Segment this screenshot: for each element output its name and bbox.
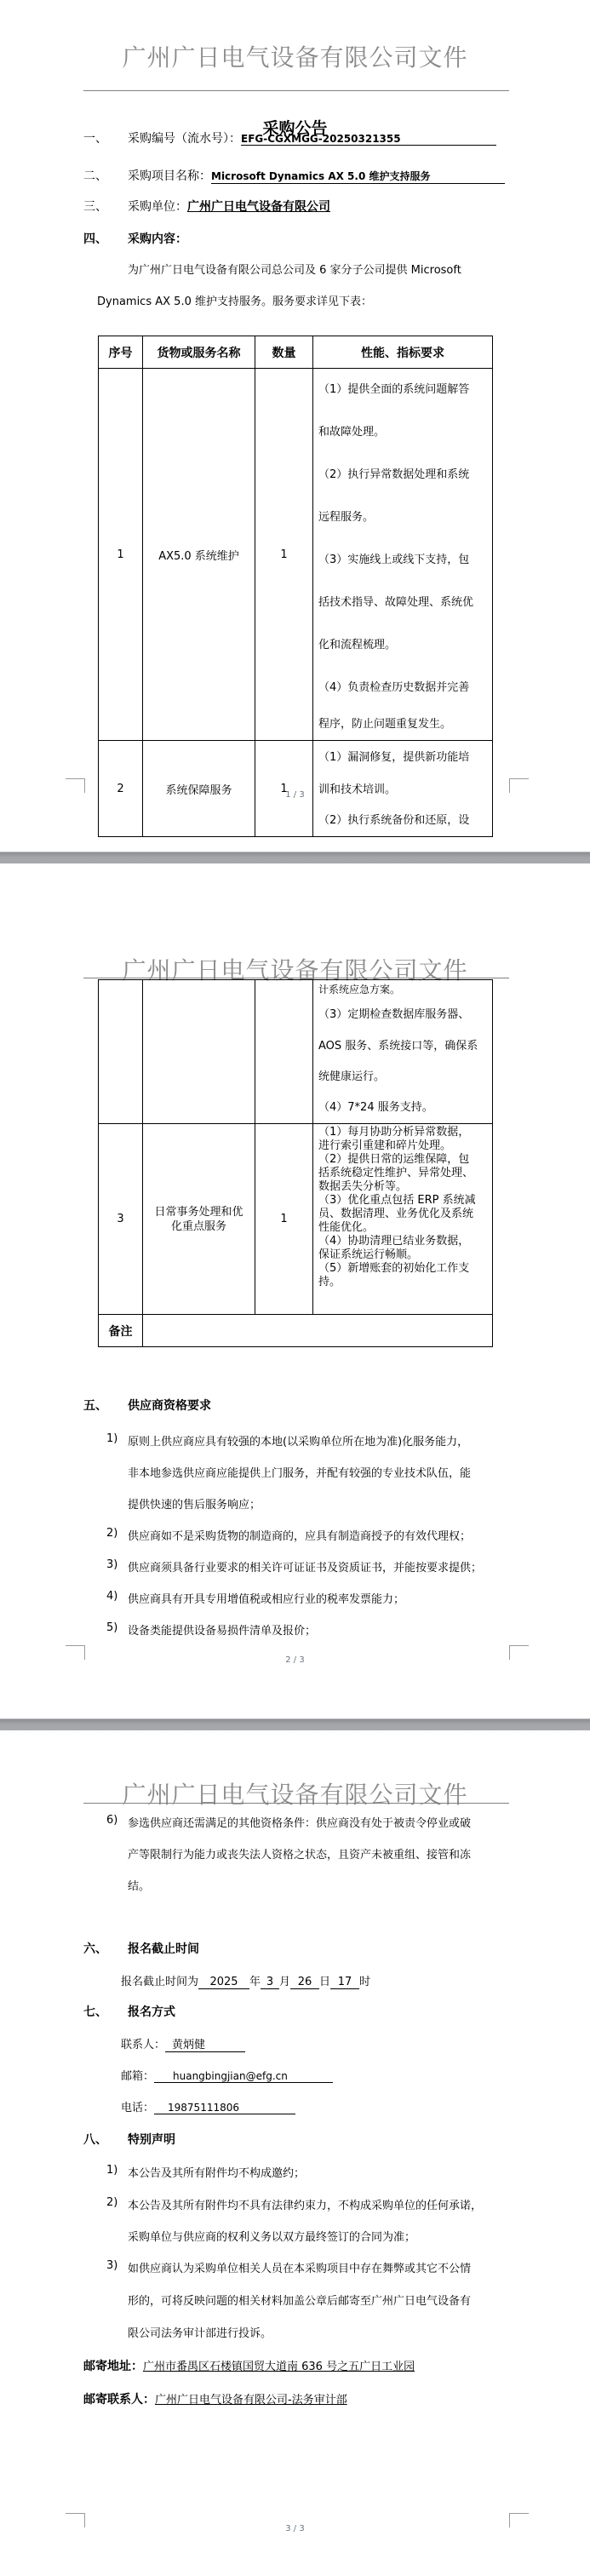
table-row: 1 AX5.0 系统维护 1 （1）提供全面的系统问题解答 和故障处理。 （2）… [99, 369, 493, 741]
header-no: 序号 [99, 336, 143, 369]
qualification-6-line-3: 结。 [128, 1877, 150, 1893]
statement-3-number: 3) [106, 2259, 117, 2272]
table-row: 2 系统保障服务 1 （1）漏洞修复，提供新功能培 训和技术培训。 （2）执行系… [99, 741, 493, 837]
statement-1-line-1: 本公告及其所有附件均不构成邀约； [128, 2164, 305, 2180]
procurement-number-value: EFG-CGXMGG-20250321355 [241, 133, 496, 146]
qualification-4-line-1: 供应商具有开具专用增值税或相应行业的税率发票能力； [128, 1590, 404, 1606]
page-3: 广州广日电气设备有限公司文件 6) 参选供应商还需满足的其他资格条件：供应商没有… [0, 1730, 590, 2576]
row-2-qty-cont [255, 980, 313, 1124]
letterhead-rule [83, 90, 509, 91]
row-1-name: AX5.0 系统维护 [143, 369, 255, 741]
statement-3-line-3: 限公司法务审计部进行投诉。 [128, 2324, 272, 2340]
procurement-unit-label: 采购单位： [128, 200, 187, 214]
section-2: 采购项目名称：Microsoft Dynamics AX 5.0 维护支持服务 [128, 167, 505, 184]
section-5-heading: 供应商资格要求 [128, 1397, 211, 1414]
section-3: 采购单位：广州广日电气设备有限公司 [128, 198, 330, 215]
page-2: 广州广日电气设备有限公司文件 计系统应急方案。 （3）定期检查数据库服务器、 A… [0, 863, 590, 1718]
section-6-number: 六、 [83, 1940, 107, 1957]
qualification-6-number: 6) [106, 1814, 117, 1827]
requirements-table-part-2: 计系统应急方案。 （3）定期检查数据库服务器、 AOS 服务、系统接口等，确保系… [98, 979, 493, 1347]
project-name-label: 采购项目名称： [128, 169, 211, 183]
header-qty: 数量 [255, 336, 313, 369]
deadline-year: 2025 [198, 1976, 249, 1989]
qualification-3-number: 3) [106, 1558, 117, 1571]
row-2-no-cont [99, 980, 143, 1124]
contact-email-value: huangbingjian@efg.cn [154, 2070, 333, 2083]
letterhead-rule [83, 1803, 509, 1804]
page-1: 广州广日电气设备有限公司文件 采购公告 一、 采购编号（流水号）：EFG-CGX… [0, 0, 590, 852]
section-2-number: 二、 [83, 167, 107, 184]
project-name-value: Microsoft Dynamics AX 5.0 维护支持服务 [211, 169, 505, 184]
requirements-table-part-1: 序号 货物或服务名称 数量 性能、指标要求 1 AX5.0 系统维护 1 （1）… [98, 336, 493, 837]
qualification-2-line-1: 供应商如不是采购货物的制造商的，应具有制造商授予的有效代理权； [128, 1527, 471, 1543]
qualification-5-number: 5) [106, 1621, 117, 1634]
header-name: 货物或服务名称 [143, 336, 255, 369]
section-3-number: 三、 [83, 198, 107, 215]
letterhead-rule [83, 978, 509, 978]
procurement-number-label: 采购编号（流水号）： [128, 132, 241, 146]
statement-2-line-1: 本公告及其所有附件均不具有法律约束力，不构成采购单位的任何承诺， [128, 2196, 482, 2212]
qualification-4-number: 4) [106, 1590, 117, 1603]
row-3-no: 3 [99, 1124, 143, 1315]
qualification-2-number: 2) [106, 1527, 117, 1540]
row-1-no: 1 [99, 369, 143, 741]
section-4-heading: 采购内容： [128, 230, 187, 247]
qualification-1-number: 1) [106, 1432, 117, 1445]
section-8-heading: 特别声明 [128, 2131, 175, 2148]
contact-person: 联系人：黄炳健 [121, 2035, 245, 2052]
section-6-heading: 报名截止时间 [128, 1940, 199, 1957]
content-intro-line-2: Dynamics AX 5.0 维护支持服务。服务要求详见下表： [97, 292, 372, 308]
qualification-1-line-1: 原则上供应商应具有较强的本地(以采购单位所在地为准)化服务能力， [128, 1432, 468, 1449]
page-separator [0, 852, 590, 864]
table-row: 3 日常事务处理和优 化重点服务 1 （1）每月协助分析异常数据， 进行索引重建… [99, 1124, 493, 1315]
row-1-qty: 1 [255, 369, 313, 741]
contact-email: 邮箱：huangbingjian@efg.cn [121, 2067, 333, 2083]
mailing-address: 邮寄地址：广州市番禺区石楼镇国贸大道南 636 号之五广日工业园 [83, 2357, 415, 2374]
row-2-requirements-part-2: 计系统应急方案。 （3）定期检查数据库服务器、 AOS 服务、系统接口等，确保系… [313, 980, 493, 1124]
section-7-heading: 报名方式 [128, 2003, 175, 2020]
section-1-number: 一、 [83, 129, 107, 146]
content-intro-line-1: 为广州广日电气设备有限公司总公司及 6 家分子公司提供 Microsoft [128, 261, 461, 277]
row-3-requirements: （1）每月协助分析异常数据， 进行索引重建和碎片处理。 （2）提供日常的运维保障… [313, 1124, 493, 1315]
qualification-1-line-3: 提供快速的售后服务响应； [128, 1495, 261, 1512]
mailing-address-value: 广州市番禺区石楼镇国贸大道南 636 号之五广日工业园 [143, 2361, 415, 2373]
section-7-number: 七、 [83, 2003, 107, 2020]
qualification-1-line-2: 非本地参选供应商应能提供上门服务，并配有较强的专业技术队伍，能 [128, 1464, 471, 1480]
qualification-6-line-1: 参选供应商还需满足的其他资格条件：供应商没有处于被责令停业或破 [128, 1814, 471, 1830]
row-3-qty: 1 [255, 1124, 313, 1315]
row-1-requirements: （1）提供全面的系统问题解答 和故障处理。 （2）执行异常数据处理和系统 远程服… [313, 369, 493, 741]
deadline-month: 3 [261, 1976, 279, 1989]
deadline-line: 报名截止时间为2025年3月26日17时 [121, 1972, 370, 1989]
section-1: 采购编号（流水号）：EFG-CGXMGG-20250321355 [128, 129, 496, 146]
statement-3-line-2: 形的，可将反映问题的相关材料加盖公章后邮寄至广州广日电气设备有 [128, 2292, 471, 2308]
row-2-name: 系统保障服务 [143, 741, 255, 837]
section-5-number: 五、 [83, 1397, 107, 1414]
remark-value [143, 1315, 493, 1347]
page-number: 3 / 3 [0, 2524, 590, 2533]
page-number: 2 / 3 [0, 1655, 590, 1665]
deadline-day: 26 [290, 1976, 319, 1989]
letterhead-title: 广州广日电气设备有限公司文件 [0, 39, 590, 73]
statement-3-line-1: 如供应商认为采购单位相关人员在本采购项目中存在舞弊或其它不公情 [128, 2259, 471, 2275]
qualification-3-line-1: 供应商须具备行业要求的相关许可证证书及资质证书，并能按要求提供； [128, 1558, 482, 1575]
row-3-name: 日常事务处理和优 化重点服务 [143, 1124, 255, 1315]
mailing-contact: 邮寄联系人：广州广日电气设备有限公司-法务审计部 [83, 2390, 347, 2407]
header-requirements: 性能、指标要求 [313, 336, 493, 369]
mailing-contact-value: 广州广日电气设备有限公司-法务审计部 [155, 2394, 347, 2407]
remark-label: 备注 [99, 1315, 143, 1347]
statement-2-line-2: 采购单位与供应商的权利义务以双方最终签订的合同为准； [128, 2228, 415, 2244]
page-separator [0, 1718, 590, 1731]
section-4-number: 四、 [83, 230, 107, 247]
procurement-unit-value: 广州广日电气设备有限公司 [187, 200, 330, 214]
row-2-requirements-part-1: （1）漏洞修复，提供新功能培 训和技术培训。 （2）执行系统备份和还原，设 [313, 741, 493, 837]
table-row: 计系统应急方案。 （3）定期检查数据库服务器、 AOS 服务、系统接口等，确保系… [99, 980, 493, 1124]
row-2-qty: 1 [255, 741, 313, 837]
contact-person-value: 黄炳健 [165, 2035, 245, 2052]
statement-2-number: 2) [106, 2196, 117, 2209]
qualification-5-line-1: 设备类能提供设备易损件清单及报价； [128, 1621, 316, 1638]
row-2-name-cont [143, 980, 255, 1124]
table-header-row: 序号 货物或服务名称 数量 性能、指标要求 [99, 336, 493, 369]
section-8-number: 八、 [83, 2131, 107, 2148]
page-number: 1 / 3 [0, 790, 590, 800]
qualification-6-line-2: 产等限制行为能力或丧失法人资格之状态，且资产未被重组、接管和冻 [128, 1845, 471, 1862]
contact-phone: 电话：19875111806 [121, 2098, 295, 2114]
contact-phone-value: 19875111806 [154, 2102, 295, 2114]
statement-1-number: 1) [106, 2164, 117, 2177]
letterhead-title: 广州广日电气设备有限公司文件 [0, 1776, 590, 1810]
row-2-no: 2 [99, 741, 143, 837]
deadline-hour: 17 [330, 1976, 359, 1989]
table-remark-row: 备注 [99, 1315, 493, 1347]
